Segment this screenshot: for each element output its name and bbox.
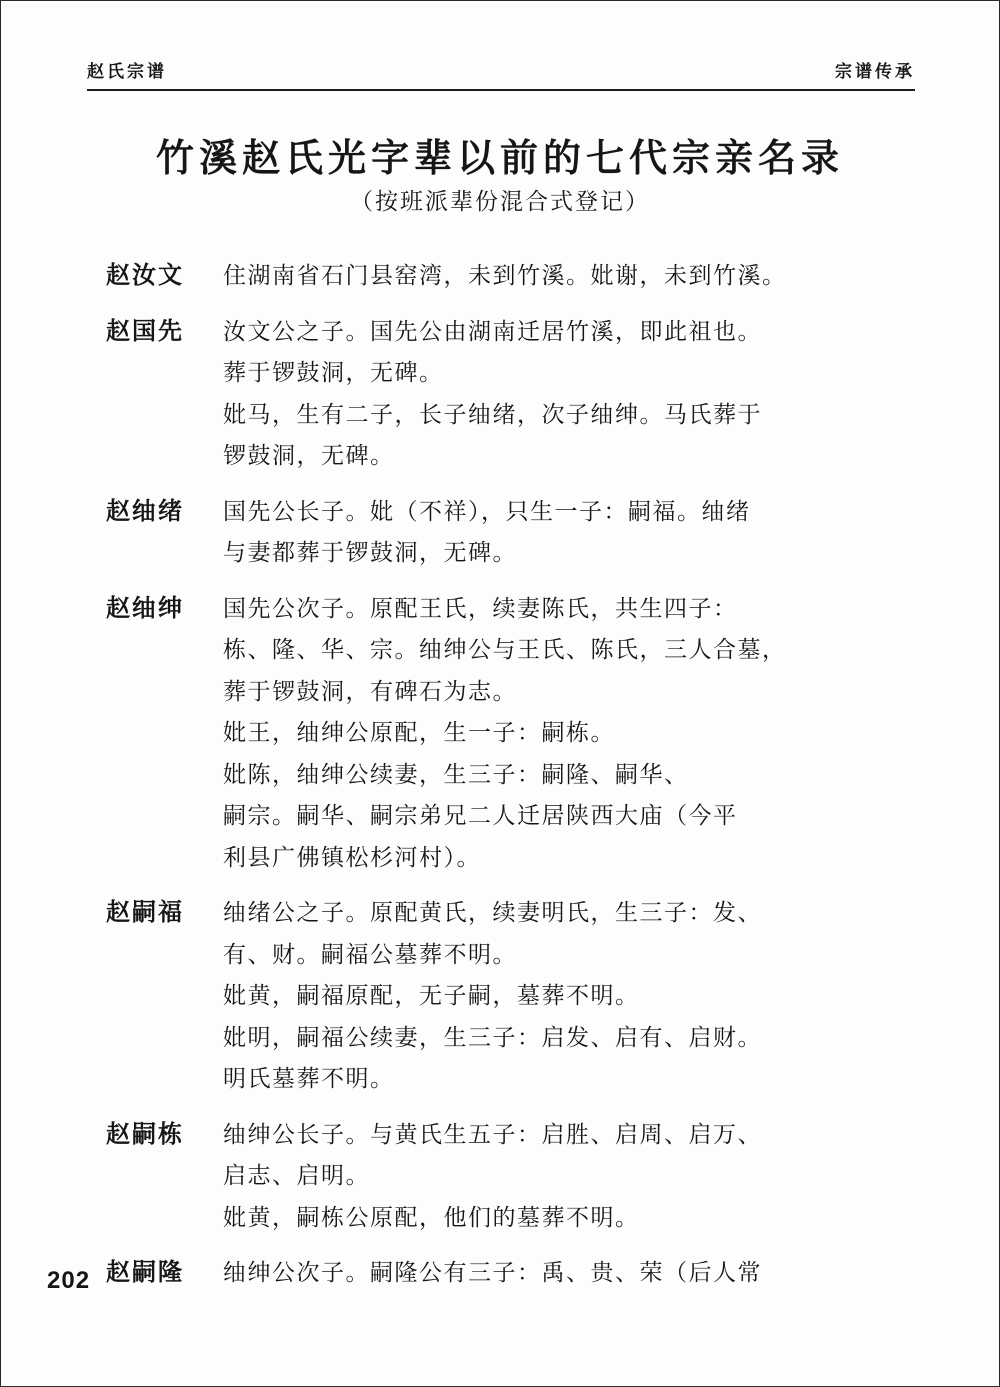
record-line: 葬于锣鼓洞，有碑石为志。 xyxy=(223,671,919,713)
header-left-title: 赵氏宗谱 xyxy=(87,57,167,82)
page-number: 202 xyxy=(47,1267,90,1295)
genealogy-entry: 赵国先 汝文公之子。国先公由湖南迁居竹溪，即此祖也。葬于锣鼓洞，无碑。妣马，生有… xyxy=(106,311,919,477)
genealogy-entry: 赵嗣福 䌷绪公之子。原配黄氏，续妻明氏，生三子：发、有、财。嗣福公墓葬不明。妣黄… xyxy=(106,892,919,1100)
record-line: 汝文公之子。国先公由湖南迁居竹溪，即此祖也。 xyxy=(223,311,919,353)
record-line: 与妻都葬于锣鼓洞，无碑。 xyxy=(223,532,919,574)
person-name: 赵嗣福 xyxy=(106,892,223,934)
record-line: 住湖南省石门县窑湾，未到竹溪。妣谢，未到竹溪。 xyxy=(223,255,919,297)
person-name: 赵国先 xyxy=(106,311,223,353)
record-line: 妣马，生有二子，长子䌷绪，次子䌷绅。马氏葬于 xyxy=(223,394,919,436)
record-line: 锣鼓洞，无碑。 xyxy=(223,435,919,477)
record-line: 明氏墓葬不明。 xyxy=(223,1058,919,1100)
record-line: 有、财。嗣福公墓葬不明。 xyxy=(223,934,919,976)
record-line: 国先公次子。原配王氏，续妻陈氏，共生四子： xyxy=(223,588,919,630)
record-line: 妣王，䌷绅公原配，生一子：嗣栋。 xyxy=(223,712,919,754)
record-line: 栋、隆、华、宗。䌷绅公与王氏、陈氏，三人合墓， xyxy=(223,629,919,671)
page-title: 竹溪赵氏光字辈以前的七代宗亲名录 xyxy=(1,127,999,182)
person-record: 国先公次子。原配王氏，续妻陈氏，共生四子：栋、隆、华、宗。䌷绅公与王氏、陈氏，三… xyxy=(223,588,919,879)
record-line: 妣陈，䌷绅公续妻，生三子：嗣隆、嗣华、 xyxy=(223,754,919,796)
record-line: 葬于锣鼓洞，无碑。 xyxy=(223,352,919,394)
genealogy-entry: 赵䌷绪 国先公长子。妣（不祥），只生一子：嗣福。䌷绪与妻都葬于锣鼓洞，无碑。 xyxy=(106,491,919,574)
person-name: 赵䌷绅 xyxy=(106,588,223,630)
genealogy-entry: 赵嗣栋 䌷绅公长子。与黄氏生五子：启胜、启周、启万、启志、启明。妣黄，嗣栋公原配… xyxy=(106,1114,919,1239)
record-line: 妣黄，嗣栋公原配，他们的墓葬不明。 xyxy=(223,1197,919,1239)
record-line: 启志、启明。 xyxy=(223,1155,919,1197)
person-name: 赵嗣隆 xyxy=(106,1252,223,1294)
record-line: 国先公长子。妣（不祥），只生一子：嗣福。䌷绪 xyxy=(223,491,919,533)
running-header: 赵氏宗谱 宗谱传承 xyxy=(87,57,915,91)
record-line: 妣明，嗣福公续妻，生三子：启发、启有、启财。 xyxy=(223,1017,919,1059)
record-line: 嗣宗。嗣华、嗣宗弟兄二人迁居陕西大庙（今平 xyxy=(223,795,919,837)
genealogy-entry: 赵汝文 住湖南省石门县窑湾，未到竹溪。妣谢，未到竹溪。 xyxy=(106,255,919,297)
person-name: 赵䌷绪 xyxy=(106,491,223,533)
record-line: 䌷绪公之子。原配黄氏，续妻明氏，生三子：发、 xyxy=(223,892,919,934)
record-line: 䌷绅公次子。嗣隆公有三子：禹、贵、荣（后人常 xyxy=(223,1252,919,1294)
genealogy-entry: 赵䌷绅 国先公次子。原配王氏，续妻陈氏，共生四子：栋、隆、华、宗。䌷绅公与王氏、… xyxy=(106,588,919,879)
genealogy-page: 赵氏宗谱 宗谱传承 竹溪赵氏光字辈以前的七代宗亲名录 （按班派辈份混合式登记） … xyxy=(0,0,1000,1387)
entry-list: 赵汝文 住湖南省石门县窑湾，未到竹溪。妣谢，未到竹溪。 赵国先 汝文公之子。国先… xyxy=(106,255,919,1308)
genealogy-entry: 赵嗣隆 䌷绅公次子。嗣隆公有三子：禹、贵、荣（后人常 xyxy=(106,1252,919,1294)
person-record: 䌷绅公长子。与黄氏生五子：启胜、启周、启万、启志、启明。妣黄，嗣栋公原配，他们的… xyxy=(223,1114,919,1239)
page-subtitle: （按班派辈份混合式登记） xyxy=(1,183,999,216)
person-name: 赵嗣栋 xyxy=(106,1114,223,1156)
person-name: 赵汝文 xyxy=(106,255,223,297)
record-line: 妣黄，嗣福原配，无子嗣，墓葬不明。 xyxy=(223,975,919,1017)
person-record: 国先公长子。妣（不祥），只生一子：嗣福。䌷绪与妻都葬于锣鼓洞，无碑。 xyxy=(223,491,919,574)
header-right-title: 宗谱传承 xyxy=(835,57,915,82)
person-record: 䌷绅公次子。嗣隆公有三子：禹、贵、荣（后人常 xyxy=(223,1252,919,1294)
person-record: 汝文公之子。国先公由湖南迁居竹溪，即此祖也。葬于锣鼓洞，无碑。妣马，生有二子，长… xyxy=(223,311,919,477)
record-line: 利县广佛镇松杉河村）。 xyxy=(223,837,919,879)
person-record: 住湖南省石门县窑湾，未到竹溪。妣谢，未到竹溪。 xyxy=(223,255,919,297)
person-record: 䌷绪公之子。原配黄氏，续妻明氏，生三子：发、有、财。嗣福公墓葬不明。妣黄，嗣福原… xyxy=(223,892,919,1100)
record-line: 䌷绅公长子。与黄氏生五子：启胜、启周、启万、 xyxy=(223,1114,919,1156)
